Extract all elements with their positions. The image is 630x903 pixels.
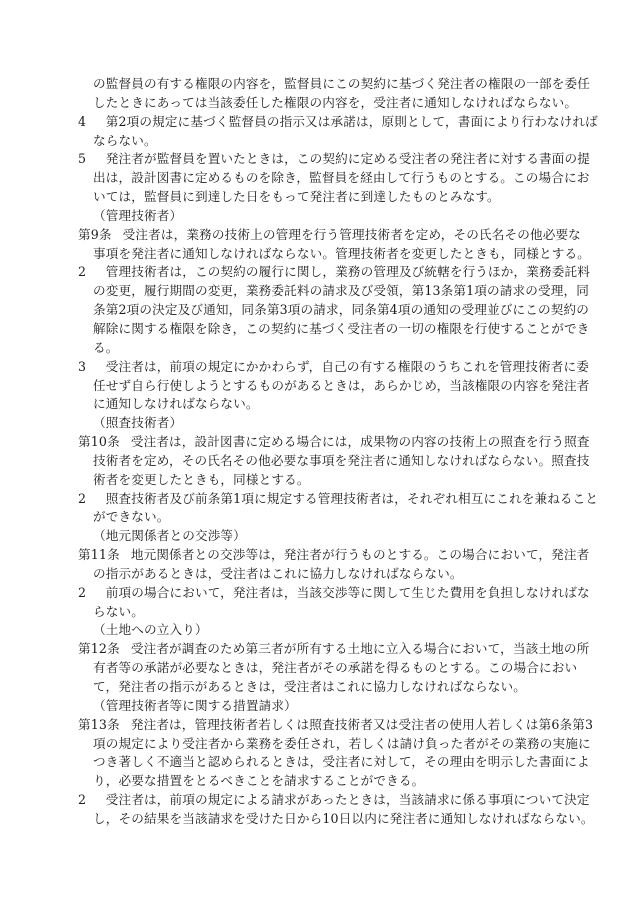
continuation-line: て，発注者の指示があるときは，受注者はこれに協力しなければならない。 bbox=[78, 678, 554, 697]
continuation-line: り，必要な措置をとるべきことを請求することができる。 bbox=[78, 772, 554, 791]
paragraph-item: 2 前項の場合において，発注者は，当該交渉等に関して生じた費用を負担しなければな bbox=[78, 584, 554, 603]
paragraph-text: 発注者が監督員を置いたときは，この契約に定める受注者の発注者に対する書面の提 bbox=[93, 151, 590, 166]
document-page: の監督員の有する権限の内容を，監督員にこの契約に基づく発注者の権限の一部を委任し… bbox=[78, 75, 554, 829]
article-line: 第9条受注者は，業務の技術上の管理を行う管理技術者を定め，その氏名その他必要な bbox=[78, 226, 554, 245]
paragraph-item: 2 受注者は，前項の規定による請求があったときは，当該請求に係る事項について決定 bbox=[78, 791, 554, 810]
continuation-line: る。 bbox=[78, 339, 554, 358]
continuation-line: 事項を発注者に通知しなければならない。管理技術者を変更したときも，同様とする。 bbox=[78, 245, 554, 264]
paragraph-number: 2 bbox=[78, 263, 93, 282]
article-number: 第9条 bbox=[78, 226, 112, 245]
article-heading: （管理技術者） bbox=[78, 207, 554, 226]
article-text: 受注者は，業務の技術上の管理を行う管理技術者を定め，その氏名その他必要な bbox=[123, 227, 581, 242]
article-text: 発注者は，管理技術者若しくは照査技術者又は受注者の使用人若しくは第6条第3 bbox=[131, 717, 593, 732]
article-line: 第11条地元関係者との交渉等は，発注者が行うものとする。この場合において，発注者 bbox=[78, 546, 554, 565]
paragraph-text: 照査技術者及び前条第1項に規定する管理技術者は，それぞれ相互にこれを兼ねること bbox=[93, 491, 598, 506]
article-line: 第13条発注者は，管理技術者若しくは照査技術者又は受注者の使用人若しくは第6条第… bbox=[78, 716, 554, 735]
article-heading: （地元関係者との交渉等） bbox=[78, 527, 554, 546]
continuation-line: 任せず自ら行使しようとするものがあるときは，あらかじめ，当該権限の内容を発注者 bbox=[78, 377, 554, 396]
article-number: 第11条 bbox=[78, 546, 120, 565]
paragraph-text: 第2項の規定に基づく監督員の指示又は承諾は，原則として，書面により行わなければ bbox=[93, 114, 598, 129]
continuation-line: いては，監督員に到達した日をもって発注者に到達したものとみなす。 bbox=[78, 188, 554, 207]
paragraph-item: 2 管理技術者は，この契約の履行に関し，業務の管理及び統轄を行うほか，業務委託料 bbox=[78, 263, 554, 282]
article-heading: （照査技術者） bbox=[78, 414, 554, 433]
paragraph-text: 管理技術者は，この契約の履行に関し，業務の管理及び統轄を行うほか，業務委託料 bbox=[93, 264, 590, 279]
continuation-line: に通知しなければならない。 bbox=[78, 395, 554, 414]
paragraph-item: 3 受注者は，前項の規定にかかわらず，自己の有する権限のうちこれを管理技術者に委 bbox=[78, 358, 554, 377]
article-text: 受注者が調査のため第三者が所有する土地に立入る場合において，当該土地の所 bbox=[131, 641, 590, 656]
continuation-line: 有者等の承諾が必要なときは，発注者がその承諾を得るものとする。この場合におい bbox=[78, 659, 554, 678]
continuation-line: 技術者を定め，その氏名その他必要な事項を発注者に通知しなければならない。照査技 bbox=[78, 452, 554, 471]
article-number: 第10条 bbox=[78, 433, 120, 452]
continuation-line: ならない。 bbox=[78, 132, 554, 151]
paragraph-item: 5 発注者が監督員を置いたときは，この契約に定める受注者の発注者に対する書面の提 bbox=[78, 150, 554, 169]
paragraph-item: 4 第2項の規定に基づく監督員の指示又は承諾は，原則として，書面により行わなけれ… bbox=[78, 113, 554, 132]
article-text: 地元関係者との交渉等は，発注者が行うものとする。この場合において，発注者 bbox=[131, 547, 590, 562]
continuation-line: 項の規定により受注者から業務を委任され，若しくは請け負った者がその業務の実施に bbox=[78, 735, 554, 754]
continuation-line: 出は，設計図書に定めるものを除き，監督員を経由して行うものとする。この場合にお bbox=[78, 169, 554, 188]
paragraph-number: 2 bbox=[78, 490, 93, 509]
article-heading: （土地への立入り） bbox=[78, 621, 554, 640]
continuation-line: の変更，履行期間の変更，業務委託料の請求及び受領，第13条第1項の請求の受理，同 bbox=[78, 282, 554, 301]
article-line: 第12条受注者が調査のため第三者が所有する土地に立入る場合において，当該土地の所 bbox=[78, 640, 554, 659]
continuation-line: 術者を変更したときも，同様とする。 bbox=[78, 471, 554, 490]
article-line: 第10条受注者は，設計図書に定める場合には，成果物の内容の技術上の照査を行う照査 bbox=[78, 433, 554, 452]
paragraph-number: 2 bbox=[78, 584, 93, 603]
continuation-line: したときにあっては当該委任した権限の内容を，受注者に通知しなければならない。 bbox=[78, 94, 554, 113]
continuation-line: し，その結果を当該請求を受けた日から10日以内に発注者に通知しなければならない。 bbox=[78, 810, 554, 829]
continuation-line: ができない。 bbox=[78, 508, 554, 527]
article-text: 受注者は，設計図書に定める場合には，成果物の内容の技術上の照査を行う照査 bbox=[131, 434, 590, 449]
paragraph-text: 受注者は，前項の規定による請求があったときは，当該請求に係る事項について決定 bbox=[93, 792, 590, 807]
paragraph-number: 3 bbox=[78, 358, 93, 377]
paragraph-text: 受注者は，前項の規定にかかわらず，自己の有する権限のうちこれを管理技術者に委 bbox=[93, 359, 589, 374]
article-number: 第12条 bbox=[78, 640, 120, 659]
paragraph-number: 5 bbox=[78, 150, 93, 169]
paragraph-number: 2 bbox=[78, 791, 93, 810]
continuation-line: の監督員の有する権限の内容を，監督員にこの契約に基づく発注者の権限の一部を委任 bbox=[78, 75, 554, 94]
continuation-line: つき著しく不適当と認められるときは，受注者に対して，その理由を明示した書面によ bbox=[78, 753, 554, 772]
paragraph-item: 2 照査技術者及び前条第1項に規定する管理技術者は，それぞれ相互にこれを兼ねるこ… bbox=[78, 490, 554, 509]
paragraph-number: 4 bbox=[78, 113, 93, 132]
continuation-line: 解除に関する権限を除き，この契約に基づく受注者の一切の権限を行使することができ bbox=[78, 320, 554, 339]
article-heading: （管理技術者等に関する措置請求） bbox=[78, 697, 554, 716]
continuation-line: らない。 bbox=[78, 603, 554, 622]
continuation-line: の指示があるときは，受注者はこれに協力しなければならない。 bbox=[78, 565, 554, 584]
continuation-line: 条第2項の決定及び通知，同条第3項の請求，同条第4項の通知の受理並びにこの契約の bbox=[78, 301, 554, 320]
paragraph-text: 前項の場合において，発注者は，当該交渉等に関して生じた費用を負担しなければな bbox=[93, 585, 590, 600]
article-number: 第13条 bbox=[78, 716, 120, 735]
